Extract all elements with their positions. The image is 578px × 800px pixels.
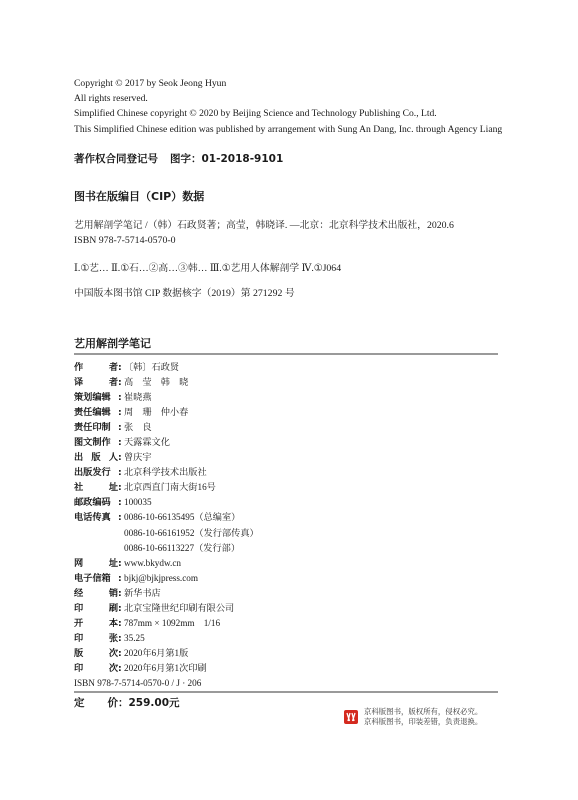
info-row-publisher: 出版发行:北京科学技术出版社 [74, 465, 259, 480]
divider [74, 353, 498, 355]
info-row-phone: 0086-10-66113227（发行部） [74, 541, 259, 556]
registration-label: 著作权合同登记号 [74, 153, 158, 165]
info-row-edition: 版次:2020年6月第1版 [74, 646, 259, 661]
info-row-distributor: 经销:新华书店 [74, 586, 259, 601]
cip-isbn: ISBN 978-7-5714-0570-0 [74, 233, 454, 248]
email-link[interactable]: bjkj@bjkjpress.com [124, 571, 198, 586]
info-row-printer: 印刷:北京宝隆世纪印刷有限公司 [74, 601, 259, 616]
info-row-responsible-editor: 责任编辑:周 珊 仲小春 [74, 405, 259, 420]
info-row-publisher-person: 出版人:曾庆宇 [74, 450, 259, 465]
info-row-translator: 译者:高 莹 韩 晓 [74, 375, 259, 390]
website-link[interactable]: www.bkydw.cn [124, 556, 181, 571]
info-row-author: 作者:〔韩〕石政贤 [74, 360, 259, 375]
book-title: 艺用解剖学笔记 [74, 335, 151, 351]
cip-title: 图书在版编目（CIP）数据 [74, 188, 204, 204]
copyright-line: All rights reserved. [74, 91, 502, 106]
registration-value: 图字：01-2018-9101 [170, 153, 283, 165]
info-row-layout: 图文制作:天露霖文化 [74, 435, 259, 450]
price-value: 259.00元 [129, 697, 180, 709]
cip-check-number: 中国版本图书馆 CIP 数据核字（2019）第 271292 号 [74, 285, 295, 299]
info-row-phone: 电话传真:0086-10-66135495（总编室） [74, 510, 259, 525]
isbn-line: ISBN 978-7-5714-0570-0 / J · 206 [74, 676, 259, 691]
info-row-phone: 0086-10-66161952（发行部传真） [74, 526, 259, 541]
publisher-logo-icon [344, 710, 358, 724]
copyright-line: Copyright © 2017 by Seok Jeong Hyun [74, 76, 502, 91]
info-row-address: 社址:北京西直门南大街16号 [74, 480, 259, 495]
info-row-postcode: 邮政编码:100035 [74, 495, 259, 510]
divider [74, 691, 498, 693]
info-row-email: 电子信箱:bjkj@bjkjpress.com [74, 571, 259, 586]
info-row-sheets: 印张:35.25 [74, 631, 259, 646]
price-label: 定价 [74, 695, 118, 710]
copyright-line: Simplified Chinese copyright © 2020 by B… [74, 106, 502, 121]
publication-info: 作者:〔韩〕石政贤 译者:高 莹 韩 晓 策划编辑:崔晓燕 责任编辑:周 珊 仲… [74, 360, 259, 691]
publisher-stamp: 京科版图书，版权所有，侵权必究。 京科版图书，印装差错，负责退换。 [344, 707, 482, 727]
cip-classification: Ⅰ.①艺… Ⅱ.①石…②高…③韩… Ⅲ.①艺用人体解剖学 Ⅳ.①J064 [74, 260, 341, 274]
info-row-printing: 印次:2020年6月第1次印刷 [74, 661, 259, 676]
info-row-website: 网址:www.bkydw.cn [74, 556, 259, 571]
info-row-print-supervisor: 责任印制:张 良 [74, 420, 259, 435]
copyright-notice: Copyright © 2017 by Seok Jeong Hyun All … [74, 76, 502, 137]
copyright-registration: 著作权合同登记号图字：01-2018-9101 [74, 151, 283, 166]
copyright-line: This Simplified Chinese edition was publ… [74, 122, 502, 137]
info-row-format: 开本:787mm × 1092mm 1/16 [74, 616, 259, 631]
cip-record: 艺用解剖学笔记 /（韩）石政贤著；高莹，韩晓译. —北京：北京科学技术出版社，2… [74, 218, 454, 248]
price: 定价：259.00元 [74, 695, 180, 710]
cip-line: 艺用解剖学笔记 /（韩）石政贤著；高莹，韩晓译. —北京：北京科学技术出版社，2… [74, 218, 454, 233]
stamp-text: 京科版图书，版权所有，侵权必究。 京科版图书，印装差错，负责退换。 [364, 707, 482, 727]
info-row-planning-editor: 策划编辑:崔晓燕 [74, 390, 259, 405]
